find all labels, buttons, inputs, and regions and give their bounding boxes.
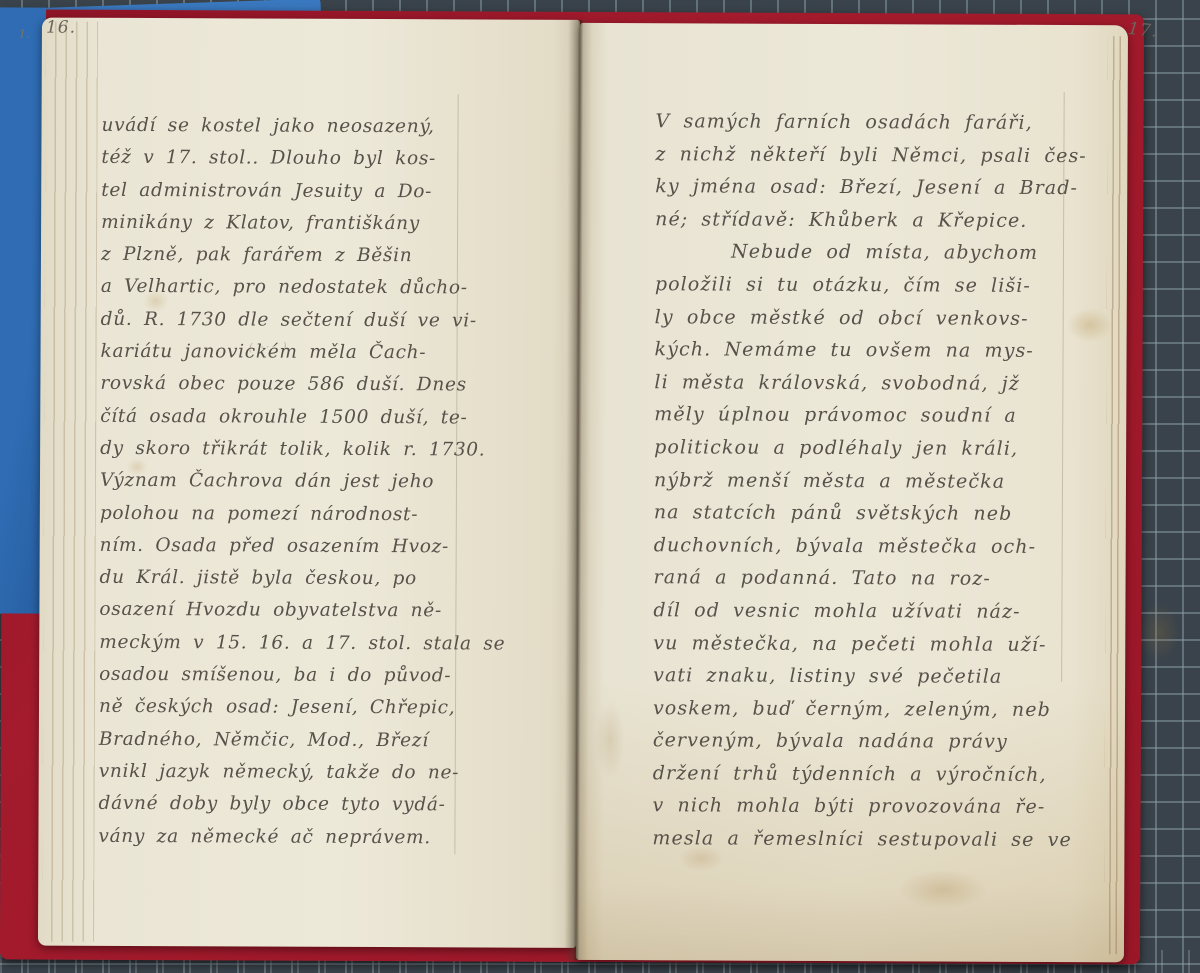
page-left-text: uvádí se kostel jako neosazený, též v 17… [98, 110, 507, 855]
handwritten-line: v nich mohla býti provozována ře- [653, 790, 1085, 824]
scan-scene: 1. 16. 17. ( ··· ) uvádí se kostel jako … [0, 0, 1200, 973]
handwritten-line: položili si tu otázku, čím se liši- [655, 268, 1087, 302]
handwritten-line: ky jména osad: Březí, Jesení a Brad- [655, 170, 1087, 204]
book-spine [564, 20, 592, 960]
handwritten-line: rovská obec pouze 586 duší. Dnes [100, 368, 506, 402]
handwritten-line: držení trhů týdenních a výročních, [653, 757, 1085, 791]
handwritten-line: V samých farních osadách faráři, [655, 105, 1087, 139]
handwritten-line: nýbrž menší města a městečka [654, 464, 1086, 498]
handwritten-line: červeným, bývala nadána právy [653, 725, 1085, 759]
handwritten-line: uvádí se kostel jako neosazený, [101, 110, 507, 144]
handwritten-line: polohou na pomezí národnost- [100, 497, 506, 531]
handwritten-line: dy skoro třikrát tolik, kolik r. 1730. [100, 433, 506, 467]
page-edges-left [42, 22, 98, 942]
handwritten-line: z nichž někteří byli Němci, psali čes- [655, 138, 1087, 172]
handwritten-line: osadou smíšenou, ba i do původ- [99, 659, 505, 693]
handwritten-line: Význam Čachrova dán jest jeho [100, 465, 506, 499]
handwritten-line: na statcích pánů světských neb [654, 496, 1086, 530]
handwritten-line: voskem, buď černým, zeleným, neb [653, 692, 1085, 726]
handwritten-line: Bradného, Němčic, Mod., Březí [99, 723, 505, 757]
book: 1. 16. 17. ( ··· ) uvádí se kostel jako … [0, 0, 1200, 973]
handwritten-line: měly úplnou právomoc soudní a [654, 399, 1086, 433]
handwritten-line: vnikl jazyk německý, takže do ne- [99, 756, 505, 790]
handwritten-line: vány za německé ač neprávem. [98, 820, 504, 854]
handwritten-line: vati znaku, listiny své pečetila [653, 659, 1085, 693]
handwritten-line: tel administrován Jesuity a Do- [101, 174, 507, 208]
handwritten-line: raná a podanná. Tato na roz- [654, 562, 1086, 596]
handwritten-line: duchovních, bývala městečka och- [654, 529, 1086, 563]
handwritten-line: též v 17. stol.. Dlouho byl kos- [101, 142, 507, 176]
page-right-text: V samých farních osadách faráři, z nichž… [652, 105, 1087, 857]
handwritten-line: kariátu janovickém měla Čach- [100, 336, 506, 370]
page-number-right: 17. [1127, 19, 1159, 42]
handwritten-line: li města královská, svobodná, jž [654, 366, 1086, 400]
handwritten-line: politickou a podléhaly jen králi, [654, 431, 1086, 465]
handwritten-line: ním. Osada před osazením Hvoz- [100, 530, 506, 564]
handwritten-line: Nebude od místa, abychom [655, 236, 1087, 270]
handwritten-line: díl od vesnic mohla užívati náz- [653, 594, 1085, 628]
handwritten-line: meckým v 15. 16. a 17. stol. stala se [99, 627, 505, 661]
handwritten-line: osazení Hvozdu obyvatelstva ně- [99, 594, 505, 628]
handwritten-line: mesla a řemeslníci sestupovali se ve [652, 822, 1084, 856]
foxing-stain [1139, 602, 1179, 662]
handwritten-line: dů. R. 1730 dle sečtení duší ve vi- [101, 304, 507, 338]
handwritten-line: dávné doby byly obce tyto vydá- [99, 788, 505, 822]
handwritten-line: du Král. jistě byla českou, po [99, 562, 505, 596]
page-number-left: 16. [46, 18, 76, 38]
handwritten-line: ly obce městké od obcí venkovs- [655, 301, 1087, 335]
handwritten-line: ně českých osad: Jesení, Chřepic, [99, 691, 505, 725]
corner-mark: 1. [19, 27, 30, 40]
handwritten-line: vu městečka, na pečeti mohla uží- [653, 627, 1085, 661]
handwritten-line: kých. Nemáme tu ovšem na mys- [654, 333, 1086, 367]
handwritten-line: né; střídavě: Khůberk a Křepice. [655, 203, 1087, 237]
handwritten-line: minikány z Klatov, františkány [101, 207, 507, 241]
handwritten-line: z Plzně, pak farářem z Běšin [101, 239, 507, 273]
handwritten-line: čítá osada okrouhle 1500 duší, te- [100, 400, 506, 434]
handwritten-line: a Velhartic, pro nedostatek důcho- [101, 271, 507, 305]
